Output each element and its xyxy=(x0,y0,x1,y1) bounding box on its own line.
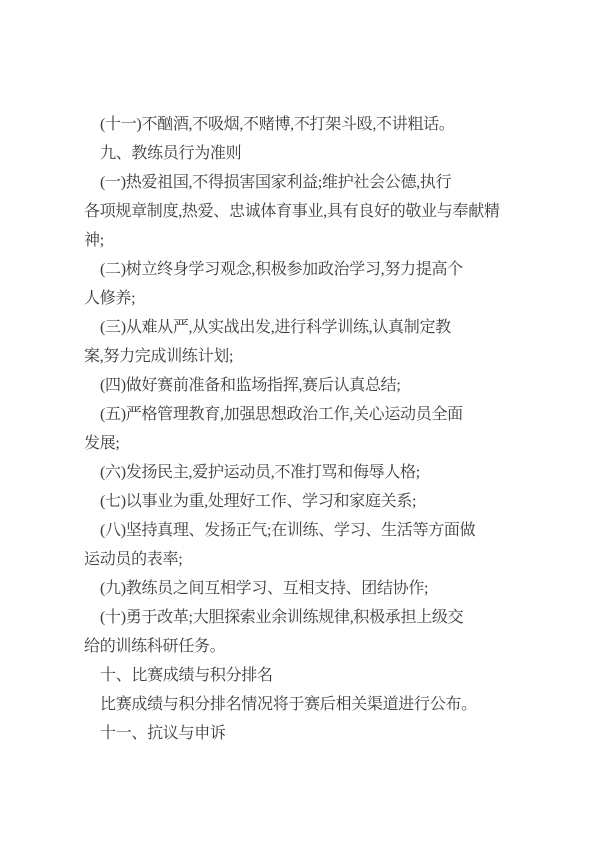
body-text-line: (八)坚持真理、发扬正气;在训练、学习、生活等方面做 xyxy=(84,516,536,545)
body-text-line: (三)从难从严,从实战出发,进行科学训练,认真制定教 xyxy=(84,313,536,342)
body-text-line: 给的训练科研任务。 xyxy=(84,632,536,661)
body-text-line: (六)发扬民主,爱护运动员,不准打骂和侮辱人格; xyxy=(84,458,536,487)
document-text-block: (十一)不酗酒,不吸烟,不赌博,不打架斗殴,不讲粗话。九、教练员行为准则(一)热… xyxy=(84,110,536,748)
body-text-line: (二)树立终身学习观念,积极参加政治学习,努力提高个 xyxy=(84,255,536,284)
body-text-line: (九)教练员之间互相学习、互相支持、团结协作; xyxy=(84,574,536,603)
body-text-line: (七)以事业为重,处理好工作、学习和家庭关系; xyxy=(84,487,536,516)
section-heading-line: 十一、抗议与申诉 xyxy=(84,719,536,748)
body-text-line: 发展; xyxy=(84,429,536,458)
body-text-line: 案,努力完成训练计划; xyxy=(84,342,536,371)
body-text-line: (十)勇于改革;大胆探索业余训练规律,积极承担上级交 xyxy=(84,603,536,632)
body-text-line: (十一)不酗酒,不吸烟,不赌博,不打架斗殴,不讲粗话。 xyxy=(84,110,536,139)
body-text-line: (一)热爱祖国,不得损害国家利益;维护社会公德,执行 xyxy=(84,168,536,197)
section-heading-line: 九、教练员行为准则 xyxy=(84,139,536,168)
body-text-line: (五)严格管理教育,加强思想政治工作,关心运动员全面 xyxy=(84,400,536,429)
section-heading-line: 十、比赛成绩与积分排名 xyxy=(84,661,536,690)
body-text-line: 比赛成绩与积分排名情况将于赛后相关渠道进行公布。 xyxy=(84,690,536,719)
body-text-line: (四)做好赛前准备和监场指挥,赛后认真总结; xyxy=(84,371,536,400)
body-text-line: 各项规章制度,热爱、忠诚体育事业,具有良好的敬业与奉献精 xyxy=(84,197,536,226)
body-text-line: 神; xyxy=(84,226,536,255)
document-page: (十一)不酗酒,不吸烟,不赌博,不打架斗殴,不讲粗话。九、教练员行为准则(一)热… xyxy=(0,0,600,848)
body-text-line: 运动员的表率; xyxy=(84,545,536,574)
body-text-line: 人修养; xyxy=(84,284,536,313)
